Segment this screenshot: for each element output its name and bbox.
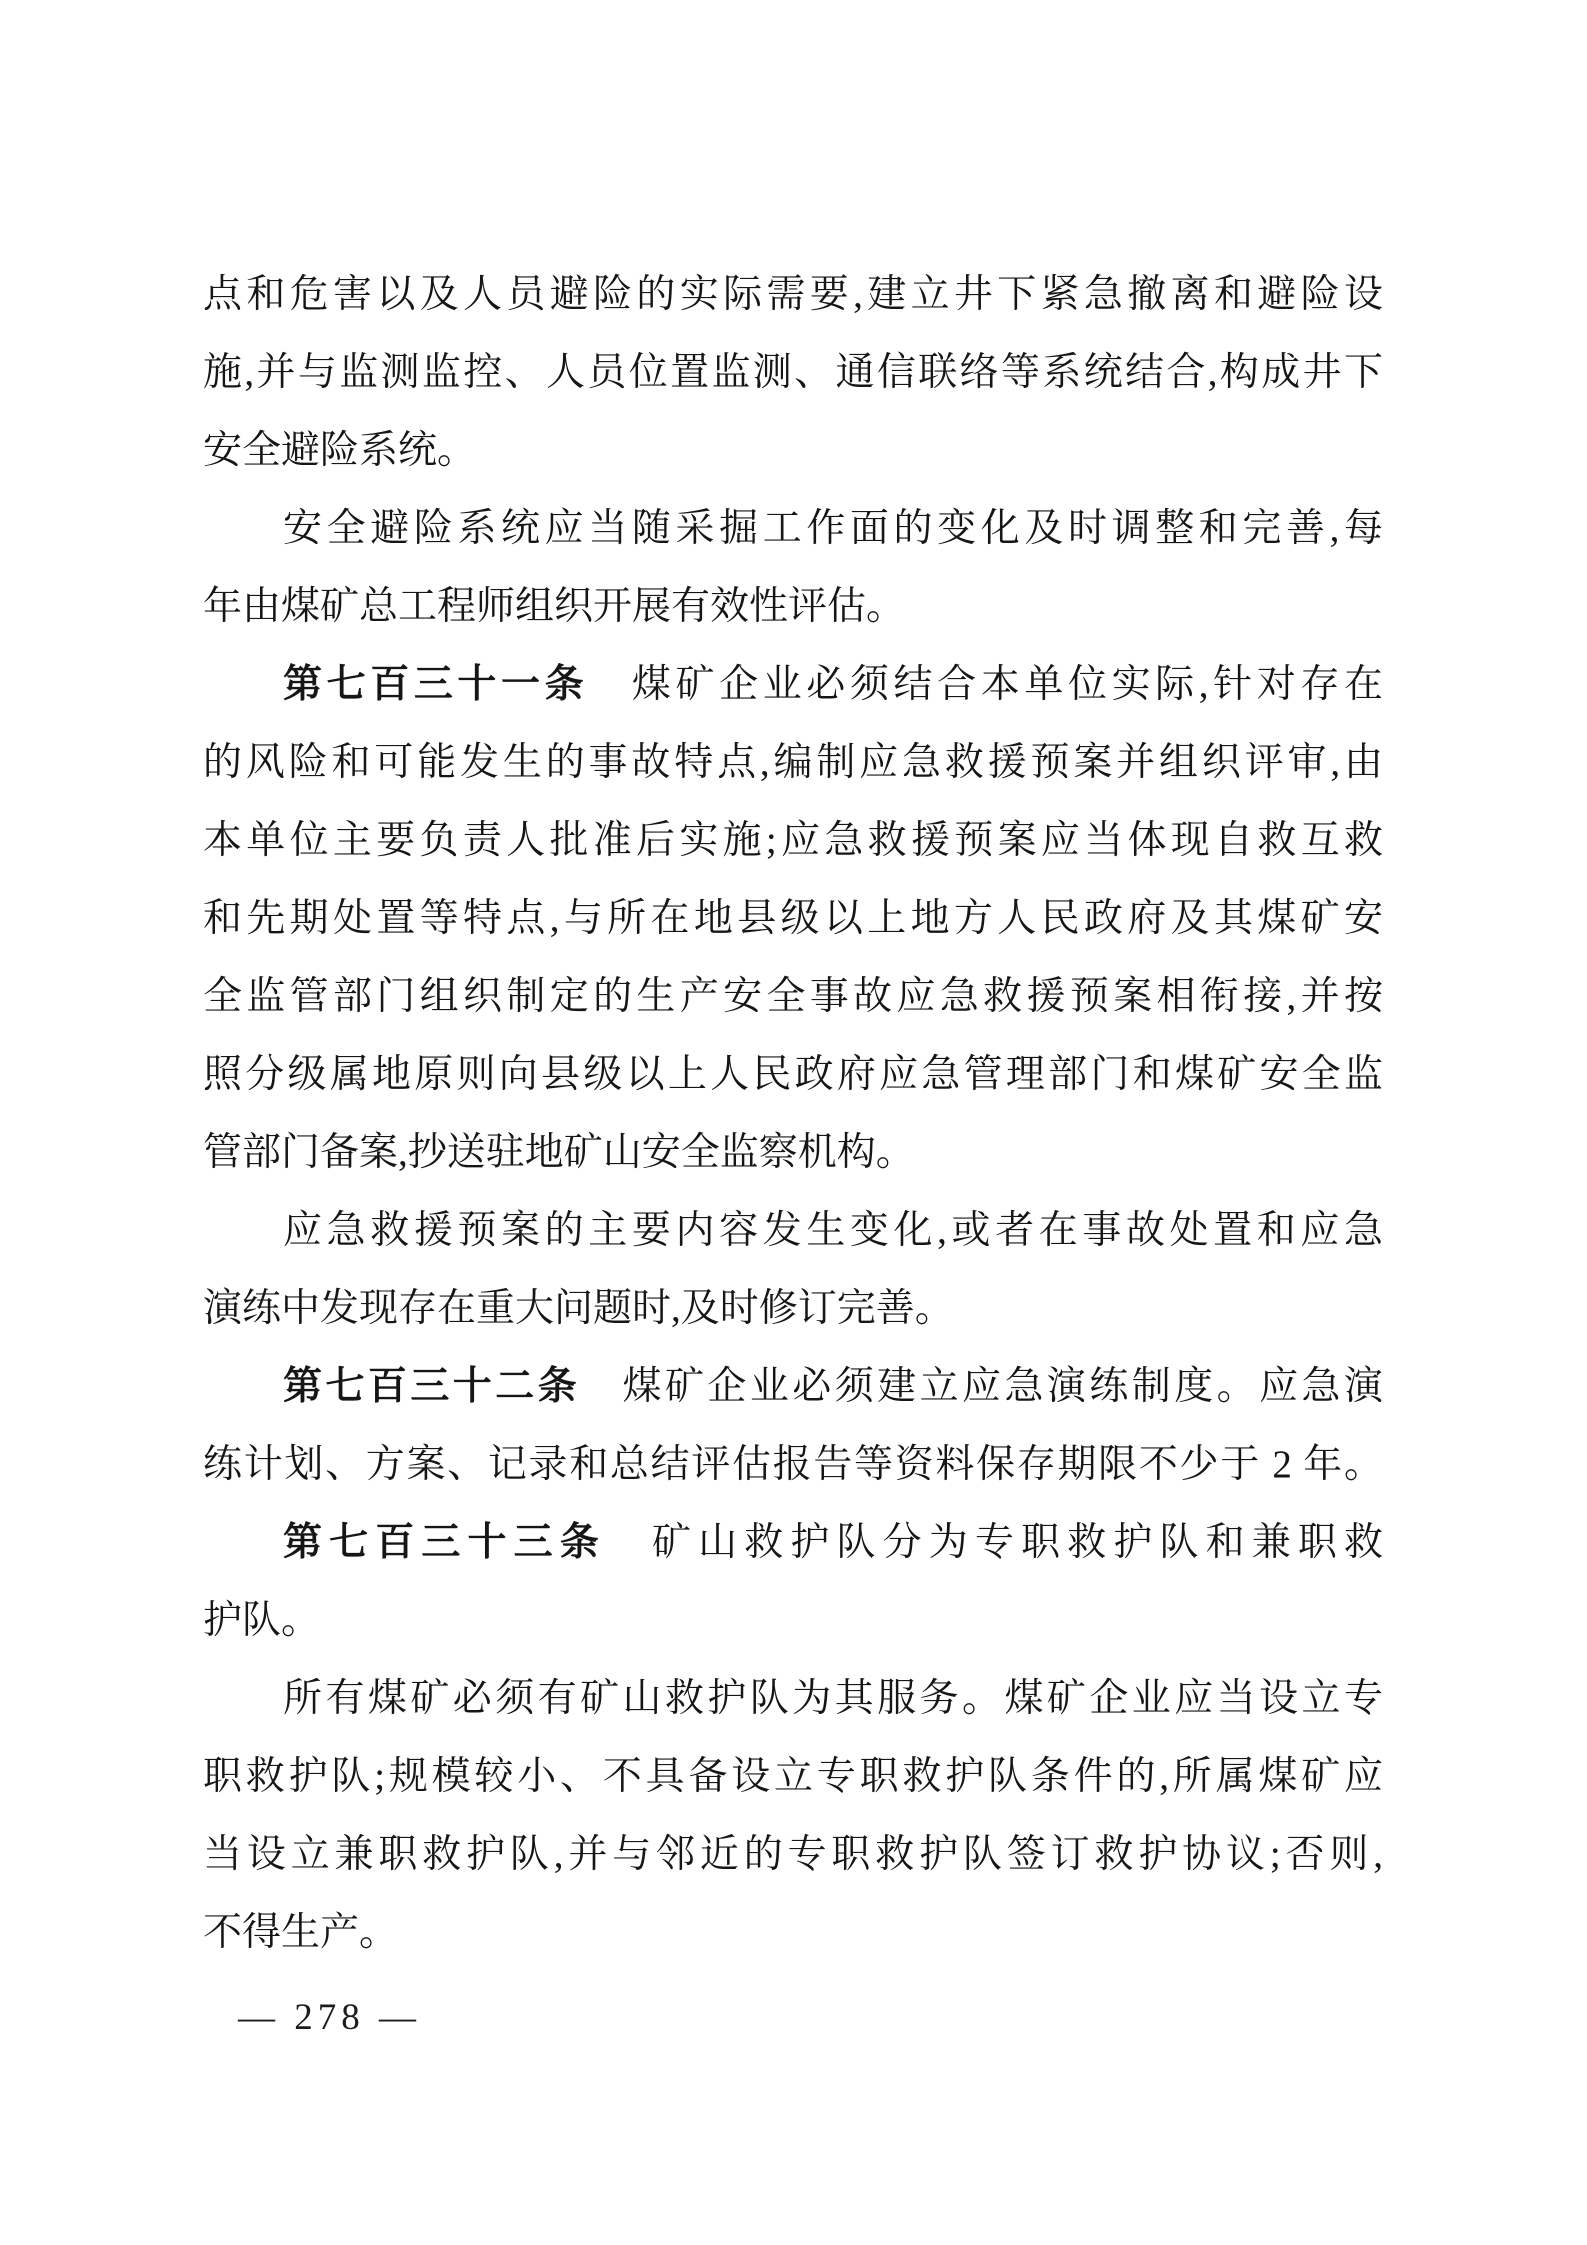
- text-line: 演练中发现存在重大问题时,及时修订完善。: [203, 1270, 1383, 1348]
- text-line: 应急救援预案的主要内容发生变化,或者在事故处置和应急: [203, 1192, 1383, 1270]
- text-line: 第七百三十二条 煤矿企业必须建立应急演练制度。应急演: [203, 1348, 1383, 1426]
- page-number-label: — 278 —: [238, 1997, 421, 2038]
- text-line: 安全避险系统。: [203, 412, 1383, 490]
- text-line: 点和危害以及人员避险的实际需要,建立井下紧急撤离和避险设: [203, 256, 1383, 334]
- text-line: 照分级属地原则向县级以上人民政府应急管理部门和煤矿安全监: [203, 1036, 1383, 1114]
- text-line: 施,并与监测监控、人员位置监测、通信联络等系统结合,构成井下: [203, 334, 1383, 412]
- text-line: 所有煤矿必须有矿山救护队为其服务。煤矿企业应当设立专: [203, 1660, 1383, 1738]
- body-text: 职救护队;规模较小、不具备设立专职救护队条件的,所属煤矿应: [203, 1755, 1383, 1798]
- text-line: 管部门备案,抄送驻地矿山安全监察机构。: [203, 1114, 1383, 1192]
- body-text: 不得生产。: [203, 1911, 398, 1954]
- text-line: 本单位主要负责人批准后实施;应急救援预案应当体现自救互救: [203, 802, 1383, 880]
- article-number: 第七百三十一条: [283, 663, 588, 706]
- text-line: 年由煤矿总工程师组织开展有效性评估。: [203, 568, 1383, 646]
- text-line: 安全避险系统应当随采掘工作面的变化及时调整和完善,每: [203, 490, 1383, 568]
- body-text: 练计划、方案、记录和总结评估报告等资料保存期限不少于 2 年。: [203, 1443, 1383, 1486]
- text-line: 全监管部门组织制定的生产安全事故应急救援预案相衔接,并按: [203, 958, 1383, 1036]
- article-number: 第七百三十二条: [283, 1365, 580, 1408]
- body-text: 演练中发现存在重大问题时,及时修订完善。: [203, 1287, 954, 1330]
- body-text: 的风险和可能发生的事故特点,编制应急救援预案并组织评审,由: [203, 741, 1383, 784]
- body-text: 应急救援预案的主要内容发生变化,或者在事故处置和应急: [283, 1209, 1383, 1252]
- page-number: — 278 —: [238, 1996, 421, 2040]
- text-line: 和先期处置等特点,与所在地县级以上地方人民政府及其煤矿安: [203, 880, 1383, 958]
- body-text: 煤矿企业必须结合本单位实际,针对存在: [588, 663, 1383, 706]
- body-text: 矿山救护队分为专职救护队和兼职救: [606, 1521, 1383, 1564]
- text-line: 职救护队;规模较小、不具备设立专职救护队条件的,所属煤矿应: [203, 1738, 1383, 1816]
- body-text: 煤矿企业必须建立应急演练制度。应急演: [580, 1365, 1383, 1408]
- document-page: 点和危害以及人员避险的实际需要,建立井下紧急撤离和避险设施,并与监测监控、人员位…: [0, 0, 1587, 2245]
- body-text: 点和危害以及人员避险的实际需要,建立井下紧急撤离和避险设: [203, 273, 1383, 316]
- body-text: 和先期处置等特点,与所在地县级以上地方人民政府及其煤矿安: [203, 897, 1383, 940]
- text-line: 护队。: [203, 1582, 1383, 1660]
- body-text: 照分级属地原则向县级以上人民政府应急管理部门和煤矿安全监: [203, 1053, 1383, 1096]
- body-text: 管部门备案,抄送驻地矿山安全监察机构。: [203, 1131, 915, 1174]
- body-text: 安全避险系统应当随采掘工作面的变化及时调整和完善,每: [283, 507, 1383, 550]
- body-text: 全监管部门组织制定的生产安全事故应急救援预案相衔接,并按: [203, 975, 1383, 1018]
- text-line: 不得生产。: [203, 1894, 1383, 1972]
- document-lines: 点和危害以及人员避险的实际需要,建立井下紧急撤离和避险设施,并与监测监控、人员位…: [203, 256, 1383, 1972]
- text-line: 第七百三十一条 煤矿企业必须结合本单位实际,针对存在: [203, 646, 1383, 724]
- body-text: 安全避险系统。: [203, 429, 476, 472]
- body-text: 本单位主要负责人批准后实施;应急救援预案应当体现自救互救: [203, 819, 1383, 862]
- body-text: 当设立兼职救护队,并与邻近的专职救护队签订救护协议;否则,: [203, 1833, 1383, 1876]
- body-text: 护队。: [203, 1599, 320, 1642]
- text-line: 练计划、方案、记录和总结评估报告等资料保存期限不少于 2 年。: [203, 1426, 1383, 1504]
- text-line: 当设立兼职救护队,并与邻近的专职救护队签订救护协议;否则,: [203, 1816, 1383, 1894]
- body-text: 所有煤矿必须有矿山救护队为其服务。煤矿企业应当设立专: [283, 1677, 1383, 1720]
- text-line: 第七百三十三条 矿山救护队分为专职救护队和兼职救: [203, 1504, 1383, 1582]
- body-text: 施,并与监测监控、人员位置监测、通信联络等系统结合,构成井下: [203, 351, 1383, 394]
- article-number: 第七百三十三条: [283, 1521, 606, 1564]
- body-text: 年由煤矿总工程师组织开展有效性评估。: [203, 585, 905, 628]
- text-line: 的风险和可能发生的事故特点,编制应急救援预案并组织评审,由: [203, 724, 1383, 802]
